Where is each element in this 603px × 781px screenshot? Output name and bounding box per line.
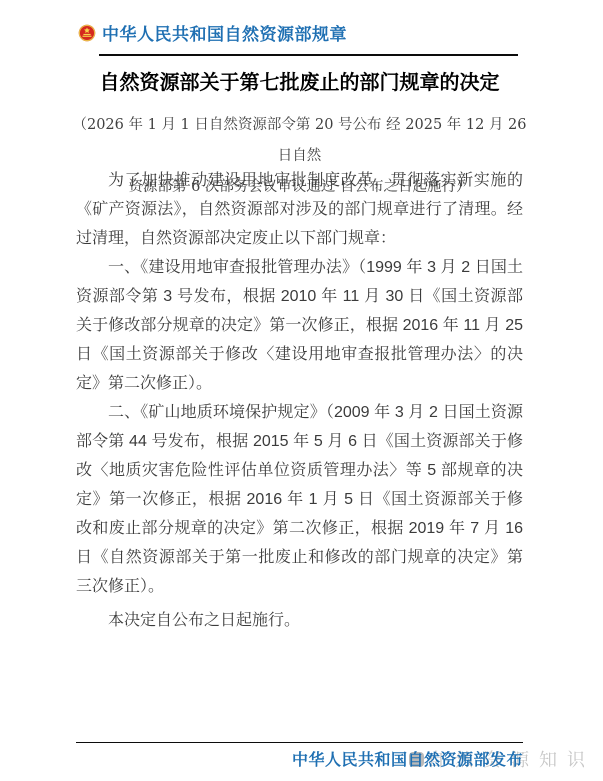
masthead-divider — [99, 54, 518, 56]
masthead: 中华人民共和国自然资源部规章 — [78, 20, 347, 45]
document-page: 中华人民共和国自然资源部规章 自然资源部关于第七批废止的部门规章的决定 （202… — [0, 0, 603, 781]
publication-info-line: （2026 年 1 月 1 日自然资源部令第 20 号公布 经 2025 年 1… — [70, 110, 529, 172]
document-body: 为了加快推动建设用地审批制度改革，贯彻落实新实施的《矿产资源法》，自然资源部对涉… — [76, 166, 523, 635]
masthead-title: 中华人民共和国自然资源部规章 — [102, 20, 347, 45]
footer-divider — [76, 742, 523, 743]
body-paragraph: 二、《矿山地质环境保护规定》（2009 年 3 月 2 日国土资源部令第 44 … — [76, 398, 523, 601]
body-paragraph: 为了加快推动建设用地审批制度改革，贯彻落实新实施的《矿产资源法》，自然资源部对涉… — [76, 166, 523, 253]
body-paragraph: 一、《建设用地审查报批管理办法》（1999 年 3 月 2 日国土资源部令第 3… — [76, 253, 523, 398]
document-title: 自然资源部关于第七批废止的部门规章的决定 — [76, 66, 523, 95]
body-paragraph: 本决定自公布之日起施行。 — [76, 606, 523, 635]
publisher-label: 中华人民共和国自然资源部发布 — [292, 747, 523, 770]
national-emblem-icon — [78, 24, 96, 42]
